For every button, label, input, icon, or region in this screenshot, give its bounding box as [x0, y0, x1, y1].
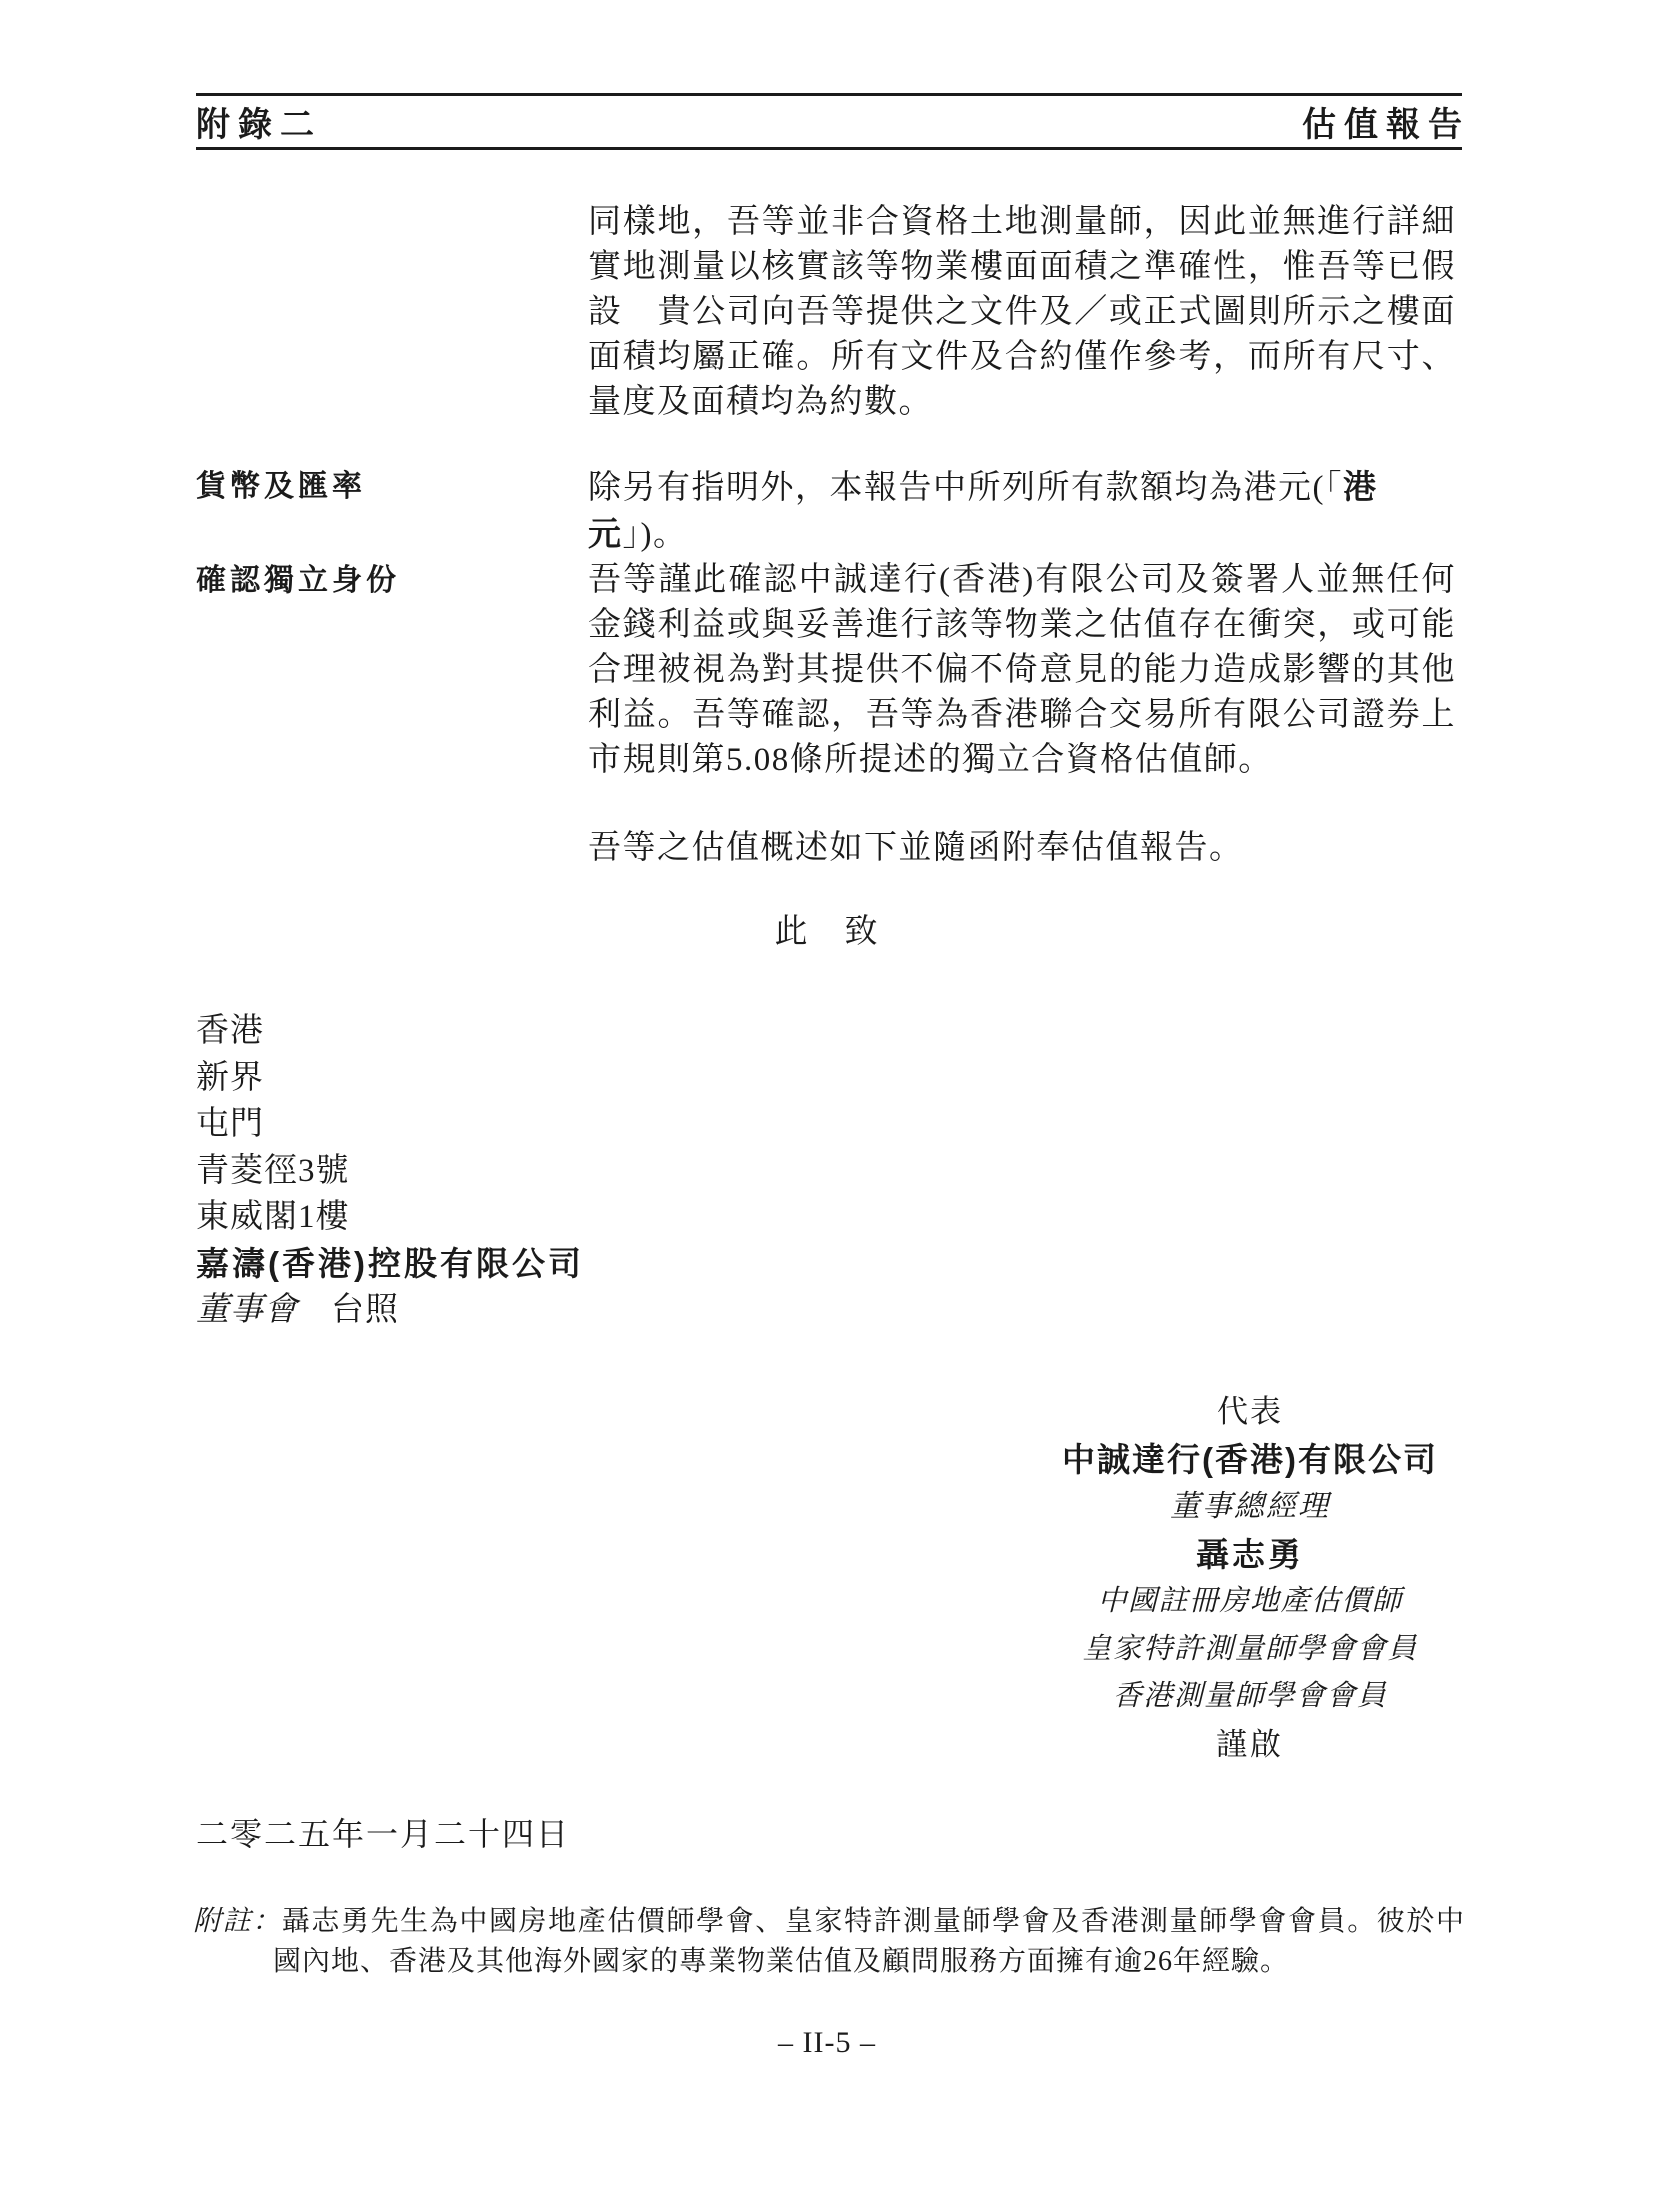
addressee-company: 嘉濤(香港)控股有限公司 [196, 1241, 584, 1288]
currency-paragraph: 除另有指明外，本報告中所列所有款額均為港元(「港元」)。 [588, 464, 1456, 558]
page-number: – II-5 – [0, 2026, 1654, 2060]
attention-line: 董事會台照 [196, 1287, 584, 1334]
addressee-block: 香港 新界 屯門 青菱徑3號 東威閣1樓 嘉濤(香港)控股有限公司 董事會台照 [196, 1008, 584, 1334]
header-appendix-label: 附錄二 [196, 97, 322, 146]
signature-company: 中誠達行(香港)有限公司 [950, 1436, 1550, 1484]
valuation-summary-line: 吾等之估值概述如下並隨函附奉估值報告。 [588, 826, 1244, 871]
page-header: 附錄二 估值報告 [196, 93, 1462, 150]
independence-paragraph: 吾等謹此確認中誠達行(香港)有限公司及簽署人並無任何金錢利益或與妥善進行該等物業… [588, 558, 1456, 783]
signature-block: 代表 中誠達行(香港)有限公司 董事總經理 聶志勇 中國註冊房地產估價師 皇家特… [950, 1388, 1550, 1768]
footnote-label: 附註： [193, 1906, 282, 1937]
currency-text-after: 」)。 [623, 517, 688, 553]
currency-text-before: 除另有指明外，本報告中所列所有款額均為港元(「 [588, 470, 1343, 506]
attention-role: 董事會 [196, 1292, 298, 1328]
footnote: 附註：聶志勇先生為中國房地產估價師學會、皇家特許測量師學會及香港測量師學會會員。… [193, 1902, 1465, 1982]
signature-on-behalf: 代表 [950, 1388, 1550, 1436]
intro-paragraph: 同樣地，吾等並非合資格土地測量師，因此並無進行詳細實地測量以核實該等物業樓面面積… [588, 200, 1456, 425]
section-label-currency: 貨幣及匯率 [196, 464, 366, 509]
footnote-text: 聶志勇先生為中國房地產估價師學會、皇家特許測量師學會及香港測量師學會會員。彼於中… [273, 1906, 1465, 1977]
document-page: 附錄二 估值報告 同樣地，吾等並非合資格土地測量師，因此並無進行詳細實地測量以核… [0, 0, 1654, 2205]
section-label-independence: 確認獨立身份 [196, 558, 400, 603]
signature-title: 董事總經理 [950, 1483, 1550, 1531]
signature-closing: 謹啟 [950, 1721, 1550, 1769]
attention-suffix: 台照 [331, 1292, 399, 1328]
address-line: 香港 [196, 1008, 584, 1055]
address-line: 東威閣1樓 [196, 1194, 584, 1241]
signature-qualification: 中國註冊房地產估價師 [950, 1578, 1550, 1626]
address-line: 屯門 [196, 1101, 584, 1148]
signature-name: 聶志勇 [950, 1531, 1550, 1579]
header-section-title: 估值報告 [1302, 97, 1470, 146]
salutation: 此 致 [0, 910, 1654, 955]
report-date: 二零二五年一月二十四日 [196, 1812, 570, 1856]
signature-qualification: 香港測量師學會會員 [950, 1673, 1550, 1721]
signature-qualification: 皇家特許測量師學會會員 [950, 1626, 1550, 1674]
address-line: 新界 [196, 1055, 584, 1102]
address-line: 青菱徑3號 [196, 1148, 584, 1195]
